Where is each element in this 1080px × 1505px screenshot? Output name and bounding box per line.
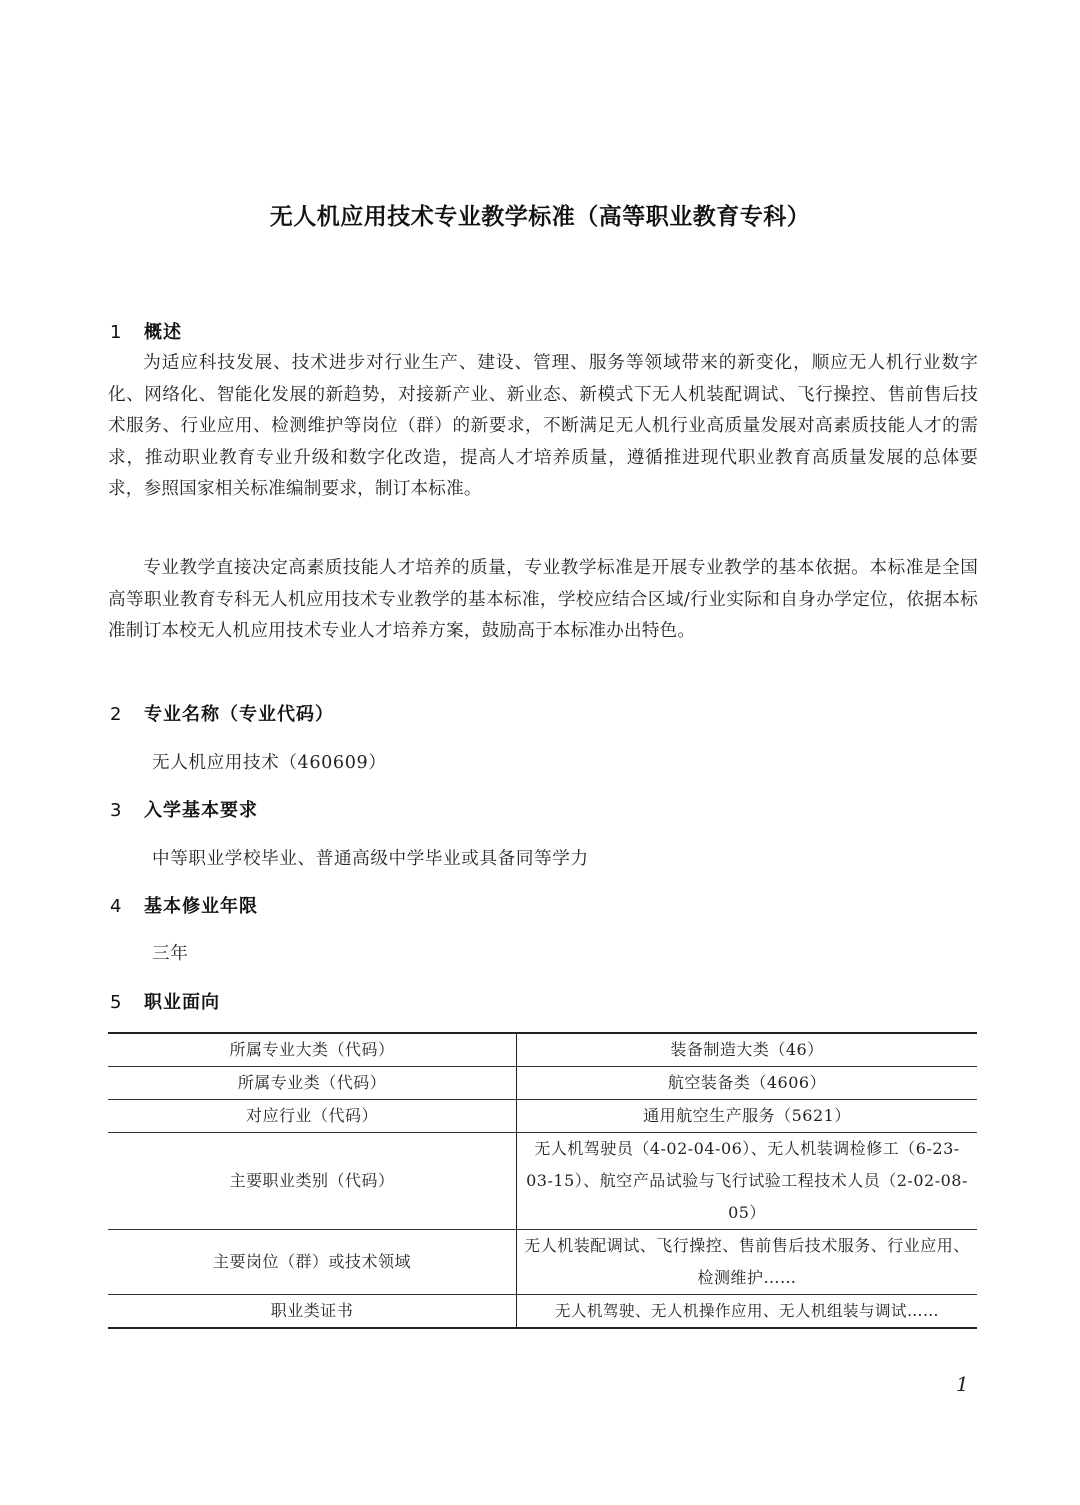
table-value-cell: 航空装备类（4606）	[517, 1067, 978, 1100]
section-title: 职业面向	[144, 992, 220, 1013]
section-heading-5: 5职业面向	[110, 988, 220, 1014]
table-value-cell: 无人机装配调试、飞行操控、售前售后技术服务、行业应用、检测维护……	[517, 1230, 978, 1295]
page-number: 1	[956, 1372, 969, 1396]
section-number: 1	[110, 322, 144, 343]
table-key-cell: 职业类证书	[108, 1295, 517, 1329]
admission-requirement: 中等职业学校毕业、普通高级中学毕业或具备同等学力	[152, 845, 589, 870]
table-row: 职业类证书 无人机驾驶、无人机操作应用、无人机组装与调试……	[108, 1295, 977, 1329]
table-row: 所属专业大类（代码） 装备制造大类（46）	[108, 1033, 977, 1067]
overview-paragraph-1: 为适应科技发展、技术进步对行业生产、建设、管理、服务等领域带来的新变化，顺应无人…	[108, 348, 978, 506]
section-heading-1: 1概述	[110, 318, 182, 344]
table-row: 对应行业（代码） 通用航空生产服务（5621）	[108, 1100, 977, 1133]
section-title: 专业名称（专业代码）	[144, 704, 334, 725]
table-row: 主要岗位（群）或技术领域 无人机装配调试、飞行操控、售前售后技术服务、行业应用、…	[108, 1230, 977, 1295]
table-key-cell: 对应行业（代码）	[108, 1100, 517, 1133]
section-heading-4: 4基本修业年限	[110, 892, 258, 918]
study-duration: 三年	[152, 940, 188, 965]
table-row: 主要职业类别（代码） 无人机驾驶员（4-02-04-06）、无人机装调检修工（6…	[108, 1133, 977, 1230]
section-title: 入学基本要求	[144, 800, 258, 821]
table-value-cell: 无人机驾驶、无人机操作应用、无人机组装与调试……	[517, 1295, 978, 1329]
section-number: 4	[110, 896, 144, 917]
table-value-cell: 无人机驾驶员（4-02-04-06）、无人机装调检修工（6-23-03-15）、…	[517, 1133, 978, 1230]
section-title: 概述	[144, 322, 182, 343]
overview-paragraph-2: 专业教学直接决定高素质技能人才培养的质量，专业教学标准是开展专业教学的基本依据。…	[108, 553, 978, 648]
section-heading-3: 3入学基本要求	[110, 796, 258, 822]
career-orientation-table: 所属专业大类（代码） 装备制造大类（46） 所属专业类（代码） 航空装备类（46…	[108, 1032, 977, 1329]
section-number: 5	[110, 992, 144, 1013]
section-title: 基本修业年限	[144, 896, 258, 917]
table-row: 所属专业类（代码） 航空装备类（4606）	[108, 1067, 977, 1100]
table-key-cell: 主要职业类别（代码）	[108, 1133, 517, 1230]
table-value-cell: 通用航空生产服务（5621）	[517, 1100, 978, 1133]
table-key-cell: 所属专业大类（代码）	[108, 1033, 517, 1067]
table-value-cell: 装备制造大类（46）	[517, 1033, 978, 1067]
document-title: 无人机应用技术专业教学标准（高等职业教育专科）	[0, 198, 1080, 231]
section-number: 3	[110, 800, 144, 821]
section-number: 2	[110, 704, 144, 725]
table-key-cell: 主要岗位（群）或技术领域	[108, 1230, 517, 1295]
section-heading-2: 2专业名称（专业代码）	[110, 700, 334, 726]
program-name-code: 无人机应用技术（460609）	[152, 749, 387, 774]
table-key-cell: 所属专业类（代码）	[108, 1067, 517, 1100]
